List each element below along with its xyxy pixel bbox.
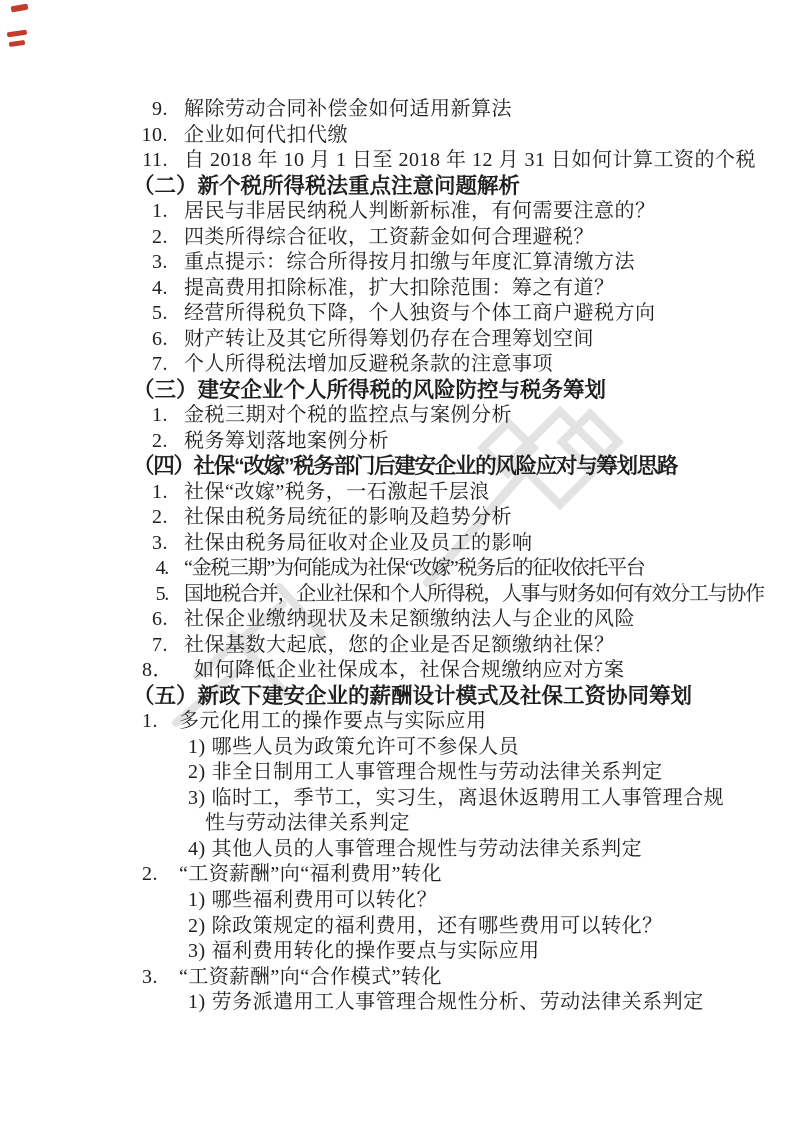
outline-item: 3.重点提示：综合所得按月扣缴与年度汇算清缴方法 [133,250,783,276]
item-number: 2. [133,429,168,455]
item-text: 居民与非居民纳税人判断新标准，有何需要注意的？ [184,199,656,225]
item-text: 社保基数大起底，您的企业是否足额缴纳社保？ [184,633,615,659]
outline-item: 性与劳动法律关系判定 [133,811,783,837]
item-text: 劳务派遣用工人事管理合规性分析、劳动法律关系判定 [212,990,704,1016]
item-number: 1) [188,735,206,761]
item-number: 2. [142,862,158,888]
outline-item: 1.居民与非居民纳税人判断新标准，有何需要注意的？ [133,199,783,225]
outline-item: 2.税务筹划落地案例分析 [133,429,783,455]
item-number: 5. [133,582,168,608]
outline-item: 3)临时工，季节工，实习生，离退休返聘用工人事管理合规 [133,786,783,812]
outline-item: 2.社保由税务局统征的影响及趋势分析 [133,505,783,531]
outline-item: 3.社保由税务局征收对企业及员工的影响 [133,531,783,557]
item-text: 除政策规定的福利费用，还有哪些费用可以转化？ [212,914,663,940]
item-text: 性与劳动法律关系判定 [205,811,410,837]
document-page: 9.解除劳动合同补偿金如何适用新算法10.企业如何代扣代缴11.自 2018 年… [0,0,793,1122]
outline-item: 1.金税三期对个税的监控点与案例分析 [133,403,783,429]
outline-item: 1.社保“改嫁”税务，一石激起千层浪 [133,480,783,506]
outline-heading: （五）新政下建安企业的薪酬设计模式及社保工资协同筹划 [133,684,783,710]
outline-item: 1)哪些福利费用可以转化？ [133,888,783,914]
item-text: 哪些人员为政策允许可不参保人员 [212,735,520,761]
item-number: 3. [133,531,168,557]
item-number: 7. [133,352,168,378]
item-text: 自 2018 年 10 月 1 日至 2018 年 12 月 31 日如何计算工… [184,148,756,174]
outline-item: 4.提高费用扣除标准，扩大扣除范围：筹之有道？ [133,276,783,302]
item-text: 金税三期对个税的监控点与案例分析 [184,403,512,429]
item-text: 社保由税务局征收对企业及员工的影响 [184,531,533,557]
outline-item: 2.四类所得综合征收，工资薪金如何合理避税？ [133,225,783,251]
heading-text: （四）社保“改嫁”税务部门后建安企业的风险应对与筹划思路 [133,454,677,480]
item-number: 4. [133,276,168,302]
item-text: “工资薪酬”向“福利费用”转化 [179,862,442,888]
item-number: 4. [133,556,168,582]
outline-item: 4)其他人员的人事管理合规性与劳动法律关系判定 [133,837,783,863]
outline-item: 1)哪些人员为政策允许可不参保人员 [133,735,783,761]
item-number: 9. [133,97,168,123]
item-number: 11. [133,148,168,174]
outline-item: 7.个人所得税法增加反避税条款的注意事项 [133,352,783,378]
item-number: 3) [188,939,206,965]
item-text: 四类所得综合征收，工资薪金如何合理避税？ [184,225,594,251]
item-number: 3. [142,965,158,991]
item-number: 2. [133,505,168,531]
item-number: 2) [188,760,206,786]
outline-item: 5.经营所得税负下降，个人独资与个体工商户避税方向 [133,301,783,327]
outline-heading: （二）新个税所得税法重点注意问题解析 [133,174,783,200]
outline-item: 1)劳务派遣用工人事管理合规性分析、劳动法律关系判定 [133,990,783,1016]
outline-item: 4.“金税三期”为何能成为社保“改嫁”税务后的征收依托平台 [133,556,783,582]
outline-item: 10.企业如何代扣代缴 [133,123,783,149]
outline-item: 8．如何降低企业社保成本，社保合规缴纳应对方案 [133,658,783,684]
item-number: 5. [133,301,168,327]
item-text: 国地税合并，企业社保和个人所得税，人事与财务如何有效分工与协作 [184,582,764,608]
item-number: 1. [133,403,168,429]
item-number: 1. [133,199,168,225]
item-text: 重点提示：综合所得按月扣缴与年度汇算清缴方法 [184,250,635,276]
outline-item: 6.社保企业缴纳现状及未足额缴纳法人与企业的风险 [133,607,783,633]
red-stamp-mark [11,4,29,13]
item-text: 经营所得税负下降，个人独资与个体工商户避税方向 [184,301,656,327]
item-text: 社保“改嫁”税务，一石激起千层浪 [184,480,490,506]
item-text: “金税三期”为何能成为社保“改嫁”税务后的征收依托平台 [184,556,644,582]
item-number: 10. [133,123,168,149]
heading-text: （二）新个税所得税法重点注意问题解析 [133,174,520,200]
item-text: 企业如何代扣代缴 [184,123,348,149]
outline-item: 3)福利费用转化的操作要点与实际应用 [133,939,783,965]
item-text: 解除劳动合同补偿金如何适用新算法 [184,97,512,123]
item-text: 其他人员的人事管理合规性与劳动法律关系判定 [212,837,643,863]
outline-heading: （三）建安企业个人所得税的风险防控与税务筹划 [133,378,783,404]
item-text: 多元化用工的操作要点与实际应用 [179,709,487,735]
heading-text: （三）建安企业个人所得税的风险防控与税务筹划 [133,378,606,404]
item-text: “工资薪酬”向“合作模式”转化 [179,965,442,991]
document-body: 9.解除劳动合同补偿金如何适用新算法10.企业如何代扣代缴11.自 2018 年… [133,97,783,1016]
outline-item: 2)非全日制用工人事管理合规性与劳动法律关系判定 [133,760,783,786]
heading-text: （五）新政下建安企业的薪酬设计模式及社保工资协同筹划 [133,684,692,710]
item-text: 临时工，季节工，实习生，离退休返聘用工人事管理合规 [212,786,725,812]
item-text: 非全日制用工人事管理合规性与劳动法律关系判定 [212,760,663,786]
item-number: 7. [133,633,168,659]
outline-item: 5.国地税合并，企业社保和个人所得税，人事与财务如何有效分工与协作 [133,582,783,608]
item-number: 6. [133,327,168,353]
outline-item: 7.社保基数大起底，您的企业是否足额缴纳社保？ [133,633,783,659]
item-number: 3. [133,250,168,276]
item-number: 1. [142,709,158,735]
red-stamp-mark [7,30,28,38]
red-stamp-mark [9,40,26,47]
item-number: 2. [133,225,168,251]
item-text: 财产转让及其它所得筹划仍存在合理筹划空间 [184,327,594,353]
item-text: 福利费用转化的操作要点与实际应用 [212,939,540,965]
outline-item: 2)除政策规定的福利费用，还有哪些费用可以转化？ [133,914,783,940]
item-number: 1) [188,888,206,914]
item-number: 1. [133,480,168,506]
item-text: 税务筹划落地案例分析 [184,429,389,455]
item-text: 社保由税务局统征的影响及趋势分析 [184,505,512,531]
outline-item: 9.解除劳动合同补偿金如何适用新算法 [133,97,783,123]
item-number: 8． [142,658,173,684]
item-number: 2) [188,914,206,940]
outline-item: 3.“工资薪酬”向“合作模式”转化 [133,965,783,991]
outline-item: 6.财产转让及其它所得筹划仍存在合理筹划空间 [133,327,783,353]
item-number: 1) [188,990,206,1016]
item-text: 如何降低企业社保成本，社保合规缴纳应对方案 [194,658,625,684]
outline-item: 2.“工资薪酬”向“福利费用”转化 [133,862,783,888]
item-number: 6. [133,607,168,633]
item-number: 3) [188,786,206,812]
outline-heading: （四）社保“改嫁”税务部门后建安企业的风险应对与筹划思路 [133,454,783,480]
item-text: 提高费用扣除标准，扩大扣除范围：筹之有道？ [184,276,615,302]
item-text: 社保企业缴纳现状及未足额缴纳法人与企业的风险 [184,607,635,633]
item-number: 4) [188,837,206,863]
outline-item: 11.自 2018 年 10 月 1 日至 2018 年 12 月 31 日如何… [133,148,783,174]
outline-item: 1.多元化用工的操作要点与实际应用 [133,709,783,735]
item-text: 个人所得税法增加反避税条款的注意事项 [184,352,553,378]
item-text: 哪些福利费用可以转化？ [212,888,438,914]
